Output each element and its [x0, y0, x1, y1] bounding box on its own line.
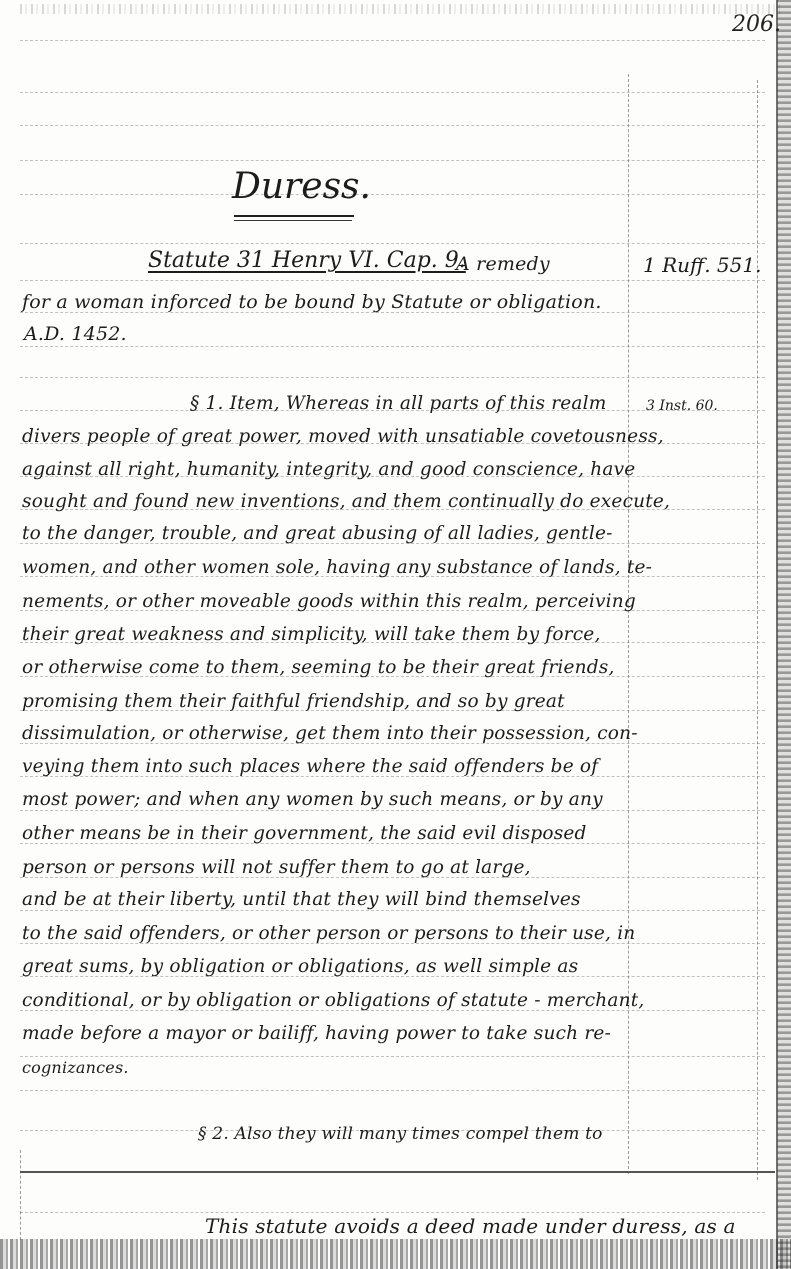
section-1-line: § 1. Item, Whereas in all parts of this …: [190, 392, 607, 416]
statute-heading-continuation: A remedy: [456, 252, 550, 276]
margin-note-citation: 3 Inst. 60.: [646, 398, 718, 414]
ruled-line: [20, 40, 765, 41]
section-1-line: most power; and when any women by such m…: [22, 788, 603, 812]
section-1-line: or otherwise come to them, seeming to be…: [22, 656, 615, 680]
section-1-line: nements, or other moveable goods within …: [22, 590, 636, 614]
section-1-line: to the danger, trouble, and great abusin…: [22, 522, 613, 546]
page-title: Duress.: [232, 166, 371, 207]
margin-note-citation: 1 Ruff. 551.: [643, 253, 761, 277]
left-margin-rule: [20, 1150, 21, 1240]
section-1-line: promising them their faithful friendship…: [22, 690, 565, 714]
commentary-line: This statute avoids a deed made under du…: [205, 1214, 736, 1238]
section-1-line: against all right, humanity, integrity, …: [22, 458, 635, 482]
title-underline-double: [234, 220, 352, 221]
section-1-line: dissimulation, or otherwise, get them in…: [22, 722, 638, 746]
section-divider-rule: [20, 1171, 775, 1173]
ruled-line: [20, 125, 765, 126]
section-1-line: conditional, or by obligation or obligat…: [22, 989, 644, 1013]
section-1-line: their great weakness and simplicity, wil…: [22, 623, 601, 647]
margin-rule-right: [757, 80, 758, 1180]
page-edge-line: [776, 0, 778, 1269]
ruled-line: [20, 194, 765, 195]
section-1-line: and be at their liberty, until that they…: [22, 888, 581, 912]
ruled-line: [20, 280, 765, 281]
ruled-line: [20, 243, 765, 244]
section-1-line: cognizances.: [22, 1056, 129, 1080]
title-underline: [234, 215, 354, 217]
section-2-line: § 2. Also they will many times compel th…: [198, 1122, 603, 1146]
statute-date: A.D. 1452.: [24, 322, 127, 346]
ruled-line: [20, 160, 765, 161]
statute-heading: Statute 31 Henry VI. Cap. 9.: [148, 248, 466, 273]
section-1-line: veying them into such places where the s…: [22, 755, 598, 779]
scan-edge-right: [777, 0, 791, 1269]
ruled-line: [20, 1212, 765, 1213]
section-1-line: other means be in their government, the …: [22, 822, 587, 846]
section-1-line: divers people of great power, moved with…: [22, 425, 664, 449]
ruled-line: [20, 1090, 765, 1091]
section-1-line: sought and found new inventions, and the…: [22, 490, 670, 514]
page-number: 206.: [732, 12, 781, 37]
ruled-line: [20, 92, 765, 93]
scan-noise-bottom: [0, 1239, 791, 1269]
statute-line-2: for a woman inforced to be bound by Stat…: [22, 290, 602, 314]
section-1-line: great sums, by obligation or obligations…: [22, 955, 578, 979]
section-1-line: to the said offenders, or other person o…: [22, 922, 635, 946]
manuscript-page: 206. Duress. Statute 31 Henry VI. Cap. 9…: [0, 0, 791, 1269]
section-1-line: person or persons will not suffer them t…: [22, 856, 531, 880]
ruled-line: [20, 346, 765, 347]
ruled-line: [20, 1056, 765, 1057]
scan-noise-top: [20, 4, 780, 14]
section-1-line: made before a mayor or bailiff, having p…: [22, 1022, 611, 1046]
section-1-line: women, and other women sole, having any …: [22, 556, 652, 580]
ruled-line: [20, 377, 765, 378]
